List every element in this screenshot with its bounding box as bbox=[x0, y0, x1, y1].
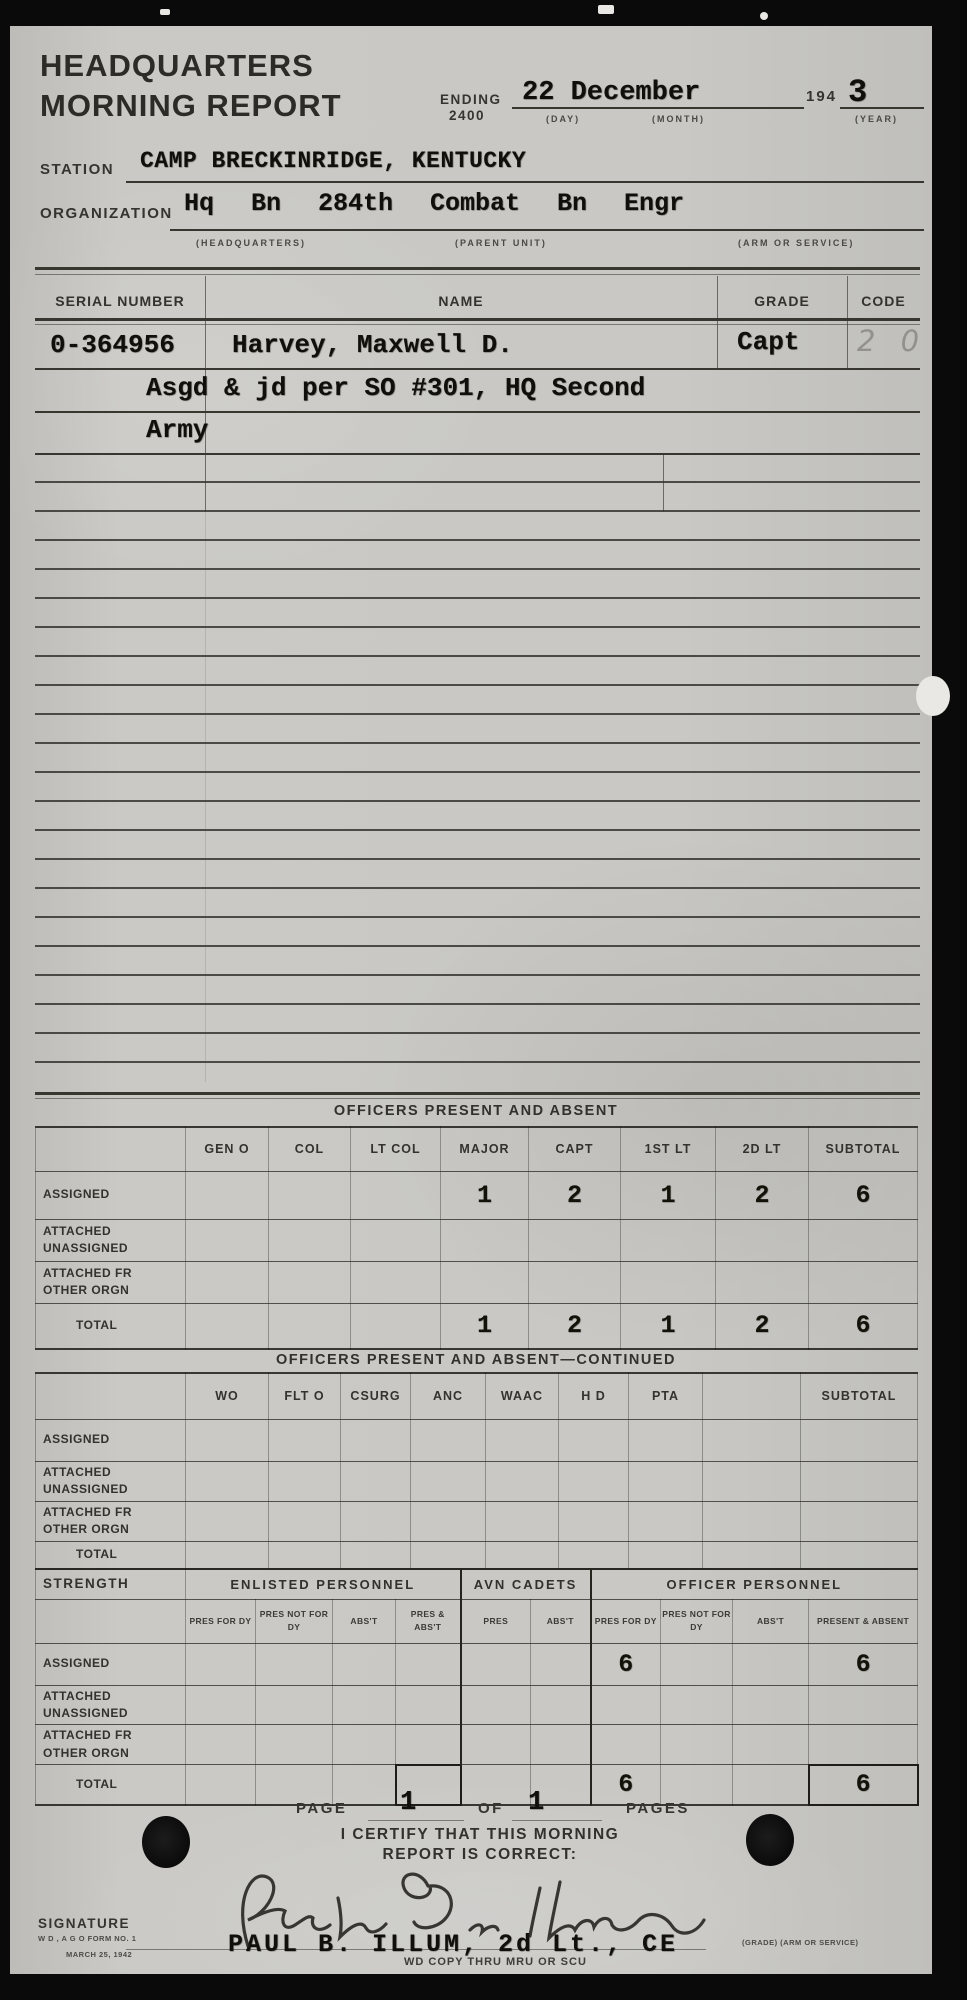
officers-total-1st-lt: 1 bbox=[621, 1303, 716, 1349]
entry-serial: 0-364956 bbox=[50, 330, 175, 360]
strength-total-row: TOTAL 6 6 bbox=[36, 1765, 918, 1805]
officers-attached-unassigned-row: ATTACHED UNASSIGNED bbox=[36, 1219, 918, 1261]
row-label: ATTACHED FR OTHER ORGN bbox=[36, 1725, 186, 1765]
continued-col-waac: WAAC bbox=[486, 1373, 559, 1419]
group-enlisted-personnel: ENLISTED PERSONNEL bbox=[186, 1569, 461, 1599]
month-sublabel: (MONTH) bbox=[652, 114, 705, 124]
officers-total-major: 1 bbox=[441, 1303, 529, 1349]
subcol-off-present-absent: PRESENT & ABSENT bbox=[809, 1599, 918, 1643]
strength-subheader-row: PRES FOR DY PRES NOT FOR DY ABS'T PRES &… bbox=[36, 1599, 918, 1643]
row-label: TOTAL bbox=[36, 1541, 186, 1569]
entry-name: Harvey, Maxwell D. bbox=[232, 330, 513, 360]
pages-label: PAGES bbox=[626, 1800, 690, 1817]
roster-header-code: CODE bbox=[847, 293, 920, 309]
ending-time: 2400 bbox=[449, 108, 485, 123]
empty-row-vline2 bbox=[663, 454, 664, 512]
roster-row-rule3 bbox=[35, 453, 920, 455]
row-label: ASSIGNED bbox=[36, 1419, 186, 1461]
roster-header-grade: GRADE bbox=[717, 293, 847, 309]
continued-col-anc: ANC bbox=[411, 1373, 486, 1419]
continued-total-row: TOTAL bbox=[36, 1541, 918, 1569]
entry-code-pencil: 2 0 bbox=[857, 324, 927, 358]
continued-col-flt-o: FLT O bbox=[269, 1373, 341, 1419]
row-label: TOTAL bbox=[36, 1303, 186, 1349]
officers-col-2d-lt: 2D LT bbox=[716, 1127, 809, 1171]
subcol-enl-pres-not-for-dy: PRES NOT FOR DY bbox=[256, 1599, 333, 1643]
group-avn-cadets: AVN CADETS bbox=[461, 1569, 591, 1599]
officers-col-col: COL bbox=[269, 1127, 351, 1171]
page-number: 1 bbox=[400, 1788, 416, 1818]
continued-col-h-d: H D bbox=[559, 1373, 629, 1419]
officers-col-lt-col: LT COL bbox=[351, 1127, 441, 1171]
row-label: ATTACHED FR OTHER ORGN bbox=[36, 1501, 186, 1541]
scan-speck bbox=[760, 12, 768, 20]
group-officer-personnel: OFFICER PERSONNEL bbox=[591, 1569, 918, 1599]
officers-total-capt: 2 bbox=[529, 1303, 621, 1349]
strength-total-off-pres-abs: 6 bbox=[809, 1765, 918, 1805]
punch-hole-right bbox=[746, 1814, 794, 1866]
subcol-off-abst: ABS'T bbox=[733, 1599, 809, 1643]
officers-col-1st-lt: 1ST LT bbox=[621, 1127, 716, 1171]
continued-col-wo: WO bbox=[186, 1373, 269, 1419]
strength-total-off-pres: 6 bbox=[591, 1765, 661, 1805]
date-field-value: 22 December bbox=[522, 78, 700, 108]
report-title-line2: MORNING REPORT bbox=[40, 88, 342, 124]
strength-label: STRENGTH bbox=[36, 1569, 186, 1599]
officers-col-capt: CAPT bbox=[529, 1127, 621, 1171]
punch-hole-left bbox=[142, 1816, 190, 1868]
row-label: ATTACHED FR OTHER ORGN bbox=[36, 1261, 186, 1303]
scan-speck bbox=[598, 5, 614, 14]
continued-header-row: WO FLT O CSURG ANC WAAC H D PTA SUBTOTAL bbox=[36, 1373, 918, 1419]
scanned-morning-report: HEADQUARTERS MORNING REPORT ENDING 2400 … bbox=[0, 0, 967, 2000]
officers-assigned-capt: 2 bbox=[529, 1171, 621, 1219]
organization-label: ORGANIZATION bbox=[40, 205, 173, 222]
subcol-off-pres-for-dy: PRES FOR DY bbox=[591, 1599, 661, 1643]
roster-row-rule1 bbox=[35, 368, 920, 370]
year-prefix: 194 bbox=[806, 88, 837, 105]
subcol-enl-pres-for-dy: PRES FOR DY bbox=[186, 1599, 256, 1643]
officers-continued-table: WO FLT O CSURG ANC WAAC H D PTA SUBTOTAL… bbox=[35, 1372, 918, 1570]
strength-group-header-row: STRENGTH ENLISTED PERSONNEL AVN CADETS O… bbox=[36, 1569, 918, 1599]
row-label: ATTACHED UNASSIGNED bbox=[36, 1685, 186, 1725]
year-field-value: 3 bbox=[848, 74, 867, 111]
certify-line1: I CERTIFY THAT THIS MORNING bbox=[260, 1826, 700, 1844]
officers-total-row: TOTAL 1 2 1 2 6 bbox=[36, 1303, 918, 1349]
station-underline bbox=[126, 181, 924, 183]
page-label: PAGE bbox=[296, 1800, 347, 1817]
strength-table: STRENGTH ENLISTED PERSONNEL AVN CADETS O… bbox=[35, 1568, 919, 1806]
officers-total-2d-lt: 2 bbox=[716, 1303, 809, 1349]
subcol-avn-abst: ABS'T bbox=[531, 1599, 591, 1643]
row-label: ASSIGNED bbox=[36, 1171, 186, 1219]
row-label: TOTAL bbox=[36, 1765, 186, 1805]
continued-col-pta: PTA bbox=[629, 1373, 703, 1419]
entry-grade: Capt bbox=[737, 327, 799, 357]
scan-edge-right bbox=[932, 0, 967, 2000]
subcol-off-pres-not-for-dy: PRES NOT FOR DY bbox=[661, 1599, 733, 1643]
day-sublabel: (DAY) bbox=[546, 114, 580, 124]
row-label: ATTACHED UNASSIGNED bbox=[36, 1461, 186, 1501]
scan-edge-top bbox=[0, 0, 967, 26]
officers-attached-fr-row: ATTACHED FR OTHER ORGN bbox=[36, 1261, 918, 1303]
officers-header-row: GEN O COL LT COL MAJOR CAPT 1ST LT 2D LT… bbox=[36, 1127, 918, 1171]
officers-table: GEN O COL LT COL MAJOR CAPT 1ST LT 2D LT… bbox=[35, 1126, 918, 1350]
officers-assigned-major: 1 bbox=[441, 1171, 529, 1219]
entry-remark-line1: Asgd & jd per SO #301, HQ Second bbox=[146, 373, 645, 403]
strength-attached-unassigned-row: ATTACHED UNASSIGNED bbox=[36, 1685, 918, 1725]
roster-header-serial: SERIAL NUMBER bbox=[35, 293, 205, 309]
page-underline bbox=[368, 1820, 464, 1821]
officers-total-subtotal: 6 bbox=[809, 1303, 918, 1349]
report-title-line1: HEADQUARTERS bbox=[40, 48, 314, 84]
entry-remark-line2: Army bbox=[146, 415, 208, 445]
officers-col-subtotal: SUBTOTAL bbox=[809, 1127, 918, 1171]
parent-unit-sublabel: (PARENT UNIT) bbox=[455, 238, 547, 248]
organization-value: Hq Bn 284th Combat Bn Engr bbox=[184, 189, 684, 218]
organization-underline bbox=[170, 229, 924, 231]
scan-speck bbox=[160, 9, 170, 15]
scan-edge-bottom bbox=[0, 1974, 967, 2000]
roster-header-rule bbox=[35, 318, 920, 321]
row-label: ATTACHED UNASSIGNED bbox=[36, 1219, 186, 1261]
officers-assigned-subtotal: 6 bbox=[809, 1171, 918, 1219]
roster-row-rule2 bbox=[35, 411, 920, 413]
subcol-avn-pres: PRES bbox=[461, 1599, 531, 1643]
form-number-line1: W D , A G O FORM NO. 1 bbox=[38, 1934, 136, 1943]
signature-label: SIGNATURE bbox=[38, 1916, 130, 1931]
form-number-line2: MARCH 25, 1942 bbox=[66, 1950, 132, 1959]
officers-col-major: MAJOR bbox=[441, 1127, 529, 1171]
strength-assigned-row: ASSIGNED 6 6 bbox=[36, 1643, 918, 1685]
of-label: OF bbox=[478, 1800, 504, 1817]
year-sublabel: (YEAR) bbox=[855, 114, 898, 124]
strength-attached-fr-row: ATTACHED FR OTHER ORGN bbox=[36, 1725, 918, 1765]
continued-col-subtotal: SUBTOTAL bbox=[801, 1373, 918, 1419]
pages-total: 1 bbox=[528, 1788, 544, 1818]
officers-table-title: OFFICERS PRESENT AND ABSENT bbox=[35, 1103, 917, 1119]
officers-col-gen-o: GEN O bbox=[186, 1127, 269, 1171]
roster-vline-code bbox=[847, 276, 848, 368]
scan-edge-left bbox=[0, 0, 10, 2000]
empty-row-vline-faint bbox=[205, 512, 206, 1082]
grade-arm-service-note: (GRADE) (ARM OR SERVICE) bbox=[742, 1938, 858, 1947]
continued-assigned-row: ASSIGNED bbox=[36, 1419, 918, 1461]
continued-col-csurg: CSURG bbox=[341, 1373, 411, 1419]
ending-label: ENDING bbox=[440, 92, 502, 107]
wd-copy-note: WD COPY THRU MRU OR SCU bbox=[404, 1956, 587, 1968]
officers-assigned-row: ASSIGNED 1 2 1 2 6 bbox=[36, 1171, 918, 1219]
headquarters-sublabel: (HEADQUARTERS) bbox=[196, 238, 306, 248]
continued-attached-unassigned-row: ATTACHED UNASSIGNED bbox=[36, 1461, 918, 1501]
roster-top-rule bbox=[35, 267, 920, 270]
roster-top-rule2 bbox=[35, 274, 920, 275]
strength-assigned-off-pres-abs: 6 bbox=[809, 1643, 918, 1685]
continued-col-blank bbox=[703, 1373, 801, 1419]
roster-header-name: NAME bbox=[205, 293, 717, 309]
year-underline bbox=[840, 107, 924, 109]
roster-vline-grade bbox=[717, 276, 718, 368]
officers-assigned-1st-lt: 1 bbox=[621, 1171, 716, 1219]
empty-row-vline1 bbox=[205, 454, 206, 512]
station-value: CAMP BRECKINRIDGE, KENTUCKY bbox=[140, 148, 526, 174]
row-label: ASSIGNED bbox=[36, 1643, 186, 1685]
strength-assigned-off-pres: 6 bbox=[591, 1643, 661, 1685]
pages-underline bbox=[512, 1820, 602, 1821]
continued-attached-fr-row: ATTACHED FR OTHER ORGN bbox=[36, 1501, 918, 1541]
subcol-enl-abst: ABS'T bbox=[333, 1599, 396, 1643]
certify-line2: REPORT IS CORRECT: bbox=[260, 1846, 700, 1864]
station-label: STATION bbox=[40, 161, 114, 178]
empty-roster-rows bbox=[35, 481, 920, 1087]
officers-continued-title: OFFICERS PRESENT AND ABSENT—CONTINUED bbox=[35, 1352, 917, 1368]
signature-typed-name: PAUL B. ILLUM, 2d Lt., CE bbox=[228, 1930, 678, 1959]
subcol-enl-pres-abst: PRES & ABS'T bbox=[396, 1599, 461, 1643]
officers-assigned-2d-lt: 2 bbox=[716, 1171, 809, 1219]
officers-top-rule bbox=[35, 1092, 920, 1095]
date-underline bbox=[512, 107, 804, 109]
arm-service-sublabel: (ARM OR SERVICE) bbox=[738, 238, 854, 248]
scan-notch bbox=[916, 676, 950, 716]
roster-header-rule2 bbox=[35, 324, 920, 325]
officers-top-rule2 bbox=[35, 1098, 920, 1099]
